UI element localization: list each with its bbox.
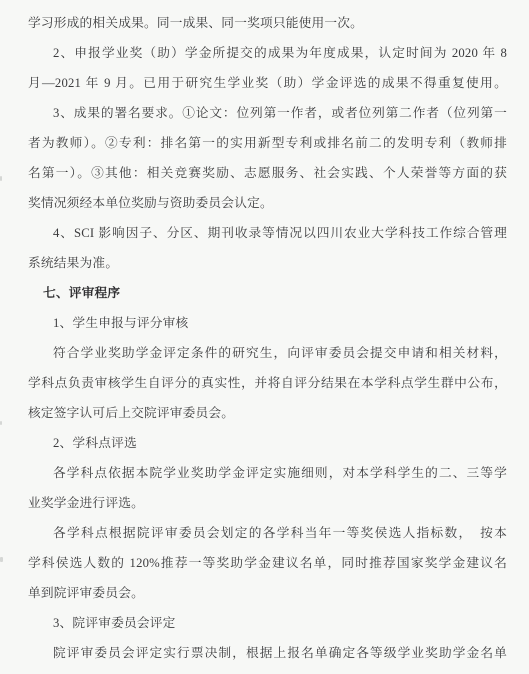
document-line: 者为教师）。②专利：排名第一的实用新型专利或排名前二的发明专利（教师排 xyxy=(28,128,507,158)
document-line: 月—2021 年 9 月。已用于研究生学业奖（助）学金评选的成果不得重复使用。 xyxy=(28,68,507,98)
scan-artifact xyxy=(0,557,3,562)
document-line: 奖情况须经本单位奖励与资助委员会认定。 xyxy=(28,188,507,218)
document-line: 学科侯选人数的 120%推荐一等奖助学金建议名单，同时推荐国家奖学金建议名 xyxy=(28,548,507,578)
document-line: 各学科点根据院评审委员会划定的各学科当年一等奖侯选人指标数， 按本 xyxy=(28,518,507,548)
document-line: 核定签字认可后上交院评审委员会。 xyxy=(28,398,507,428)
document-line: 系统结果为准。 xyxy=(28,248,507,278)
document-line: 单到院评审委员会。 xyxy=(28,578,507,608)
scan-artifact xyxy=(0,421,2,425)
document-line: 业奖学金进行评选。 xyxy=(28,488,507,518)
document-line: 3、院评审委员会评定 xyxy=(28,608,507,638)
document-line: 1、学生申报与评分审核 xyxy=(28,308,507,338)
section-heading: 七、评审程序 xyxy=(28,278,507,308)
document-line: 2、学科点评选 xyxy=(28,428,507,458)
document-line: 学科点负责审核学生自评分的真实性，并将自评分结果在本学科点学生群中公布， xyxy=(28,368,507,398)
scan-artifact xyxy=(0,176,2,181)
document-line: 4、SCI 影响因子、分区、期刊收录等情况以四川农业大学科技工作综合管理 xyxy=(28,218,507,248)
document-line: 各学科点依据本院学业奖助学金评定实施细则，对本学科学生的二、三等学 xyxy=(28,458,507,488)
document-line: 符合学业奖助学金评定条件的研究生，向评审委员会提交申请和相关材料， xyxy=(28,338,507,368)
document-line: 2、申报学业奖（助）学金所提交的成果为年度成果，认定时间为 2020 年 8 xyxy=(28,38,507,68)
document-line: 3、成果的署名要求。①论文：位列第一作者，或者位列第二作者（位列第一 xyxy=(28,98,507,128)
document-line: 学习形成的相关成果。同一成果、同一奖项只能使用一次。 xyxy=(28,8,507,38)
document-line: 名第一）。③其他：相关竞赛奖励、志愿服务、社会实践、个人荣誉等方面的获 xyxy=(28,158,507,188)
document-line: 院评审委员会评定实行票决制，根据上报名单确定各等级学业奖助学金名单 xyxy=(28,638,507,668)
document-text: 学习形成的相关成果。同一成果、同一奖项只能使用一次。 2、申报学业奖（助）学金所… xyxy=(28,8,507,668)
document-page: 学习形成的相关成果。同一成果、同一奖项只能使用一次。 2、申报学业奖（助）学金所… xyxy=(0,0,529,674)
